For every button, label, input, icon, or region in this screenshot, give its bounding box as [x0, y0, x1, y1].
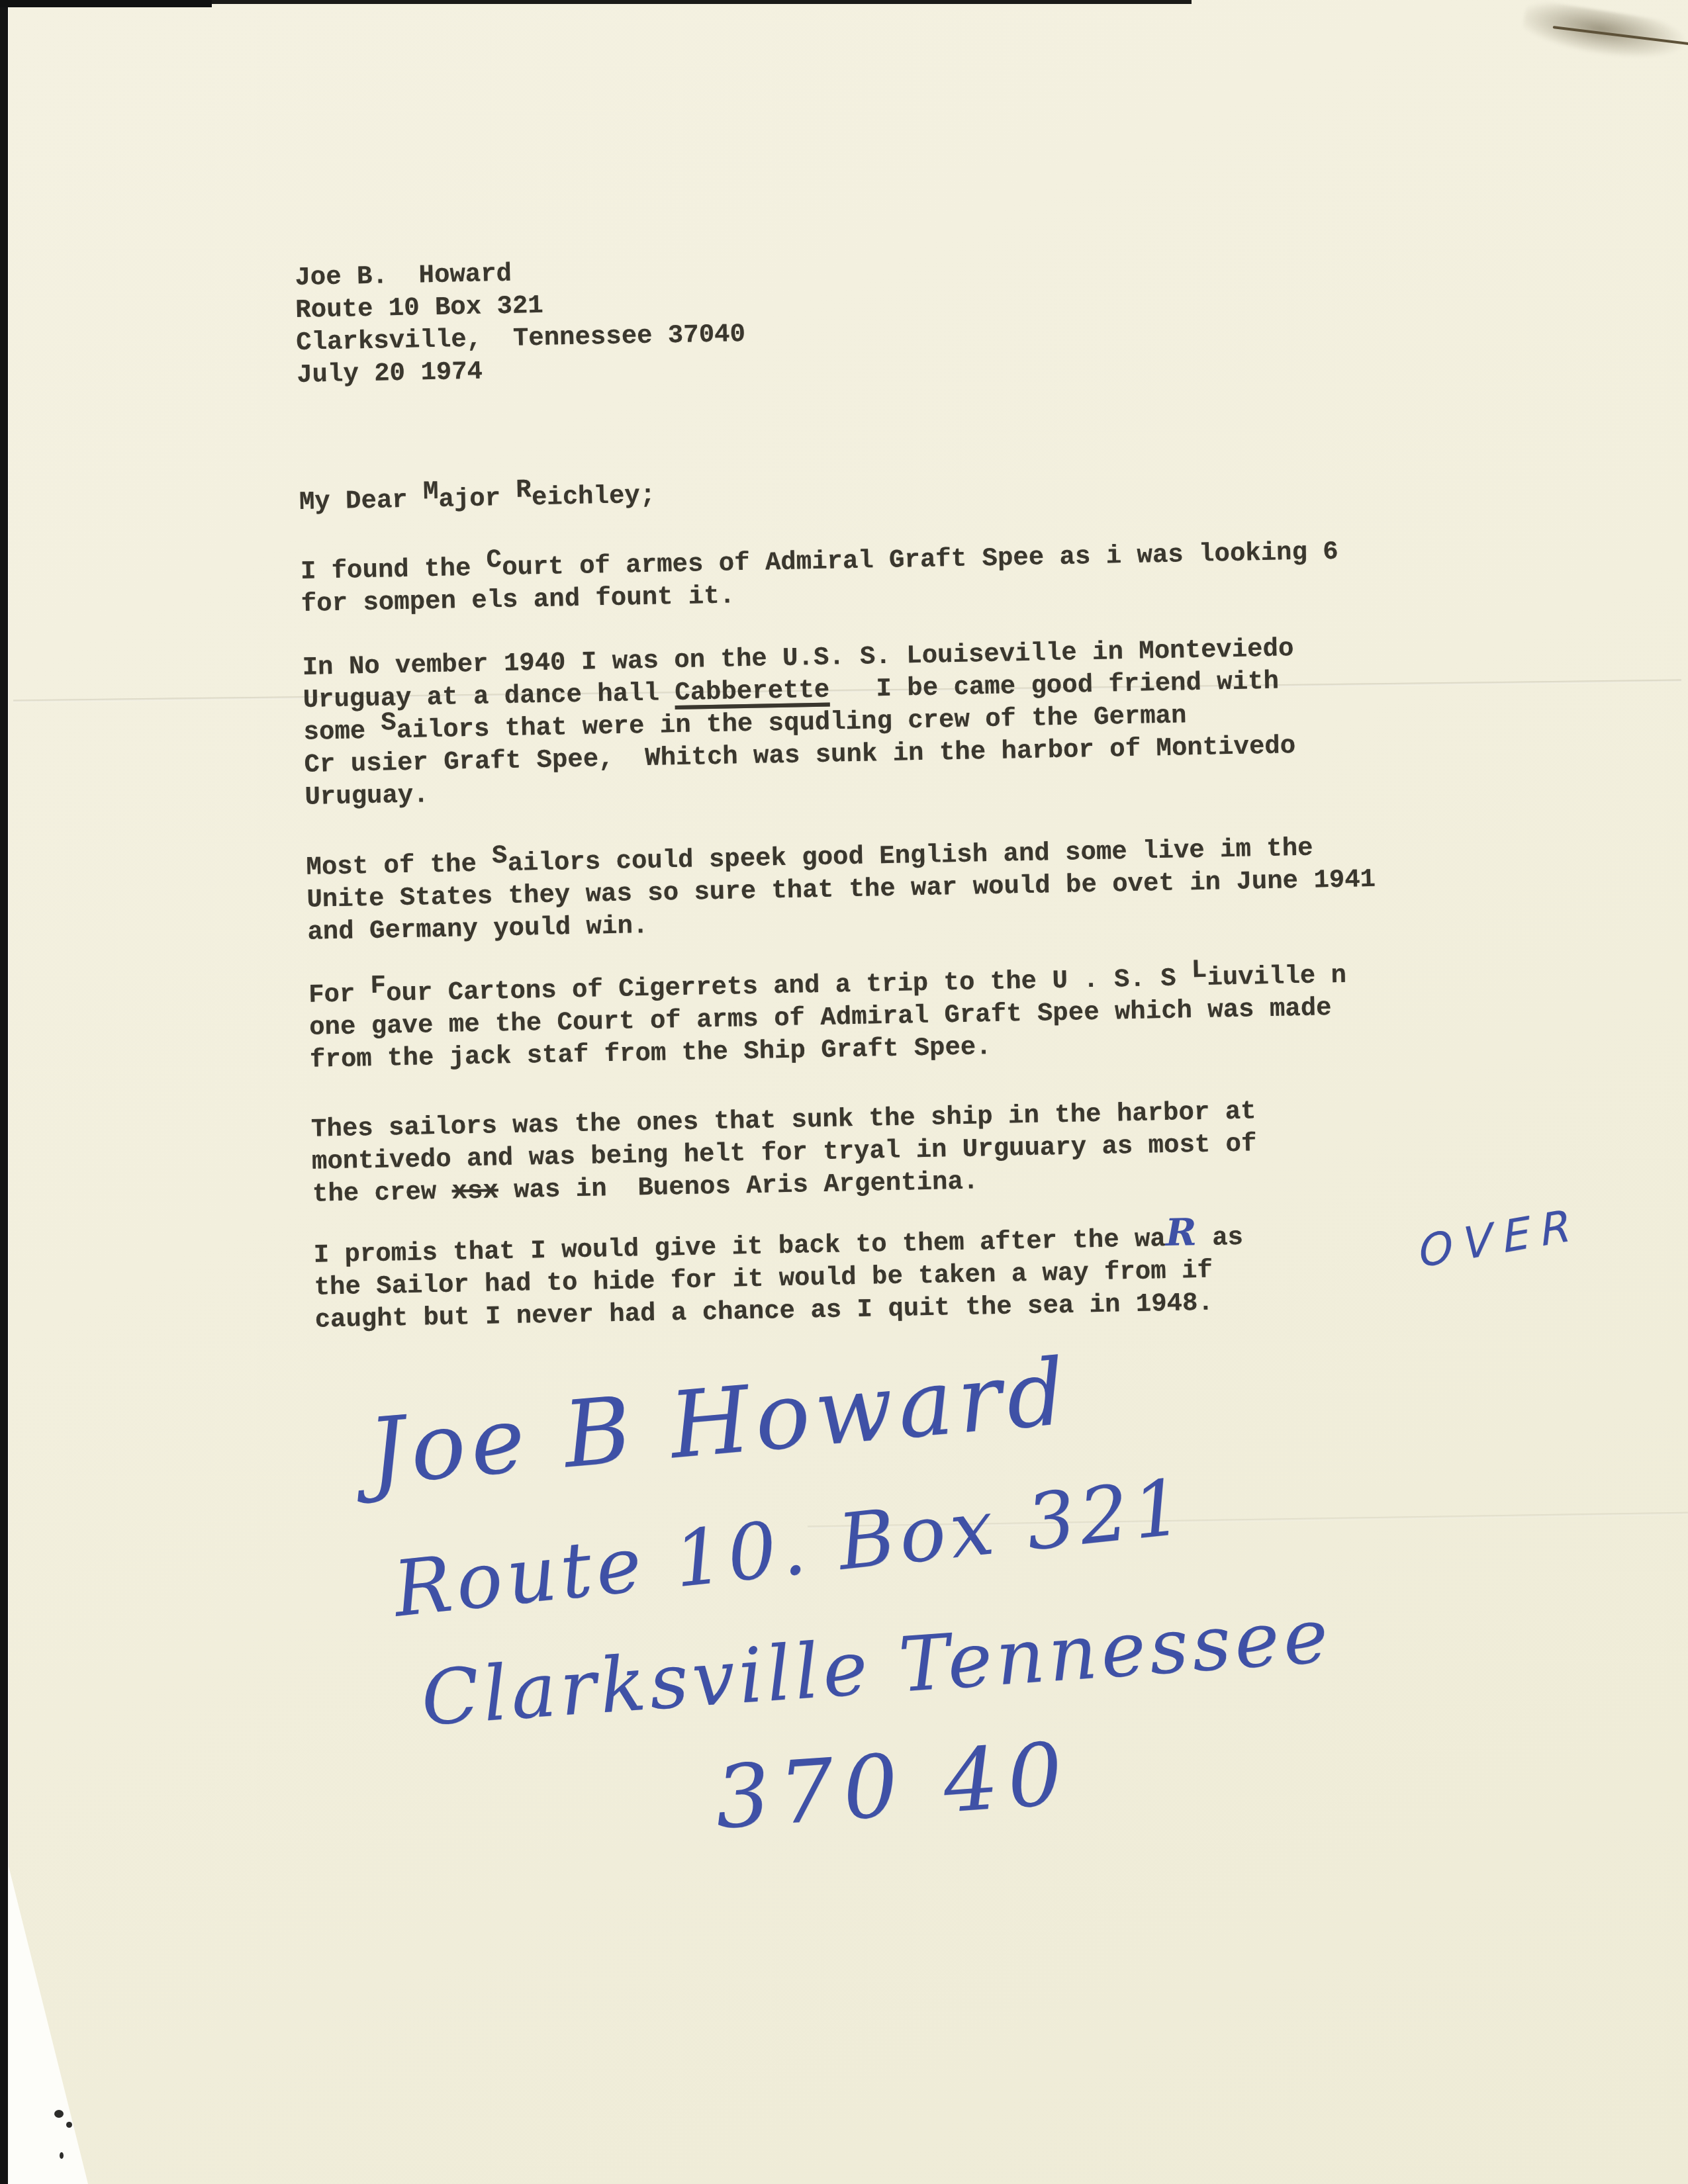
text-segment: My Dear	[299, 485, 424, 517]
text-segment-u: Cabberette	[675, 676, 830, 707]
ink-speckle	[60, 2152, 64, 2159]
text-segment: as	[1196, 1223, 1243, 1253]
text-segment: the crew	[312, 1177, 452, 1209]
paragraph-2: In No vember 1940 I was on the U.S. S. L…	[302, 633, 1296, 814]
text-segment-sup: F	[370, 972, 386, 1001]
paper-sheet	[9, 0, 1688, 2184]
text-segment: For	[308, 979, 371, 1010]
paragraph-6: I promis that I would give it back to th…	[313, 1222, 1244, 1337]
scanner-edge-top-thick	[0, 0, 212, 7]
text-segment-sup: S	[381, 708, 397, 737]
text-segment-strike: xsx	[451, 1176, 498, 1206]
text-segment: and Germany yould win.	[307, 911, 649, 947]
text-segment: ajor	[438, 484, 516, 514]
text-segment-sup: M	[423, 477, 439, 506]
text-segment: Uruguay at a dance hall	[303, 678, 675, 715]
scanner-edge-left	[0, 0, 8, 2184]
text-segment-sup: S	[492, 841, 508, 870]
text-segment: I be came good friend with	[829, 667, 1279, 705]
salutation-line: My Dear Major Reichley;	[299, 480, 656, 519]
text-segment: I found the	[301, 554, 487, 586]
text-segment: eichley;	[532, 481, 656, 513]
salutation: My Dear Major Reichley;	[299, 480, 656, 519]
paragraph-4: For Four Cartons of Cigerrets and a trip…	[308, 960, 1348, 1077]
text-segment-sup: C	[486, 545, 502, 574]
scanned-letter-page: Joe B. Howard Route 10 Box 321 Clarksvil…	[0, 0, 1688, 2184]
text-segment: Most of the	[306, 849, 492, 882]
text-segment: some	[303, 717, 381, 747]
text-segment: Uruguay.	[305, 780, 429, 812]
ink-speckle	[66, 2122, 72, 2128]
paragraph-5: Thes sailors was the ones that sunk the …	[311, 1095, 1258, 1210]
text-segment-pen: R	[1165, 1210, 1197, 1255]
text-segment-sup: L	[1191, 956, 1207, 985]
text-segment: iuville n	[1207, 961, 1346, 993]
sender-address-block: Joe B. Howard Route 10 Box 321 Clarksvil…	[295, 253, 746, 392]
paragraph-3: Most of the Sailors could speek good Eng…	[306, 831, 1376, 949]
text-segment-sup: R	[516, 476, 532, 505]
ink-speckle	[54, 2110, 64, 2118]
text-segment: for sompen els and fount it.	[301, 581, 735, 619]
